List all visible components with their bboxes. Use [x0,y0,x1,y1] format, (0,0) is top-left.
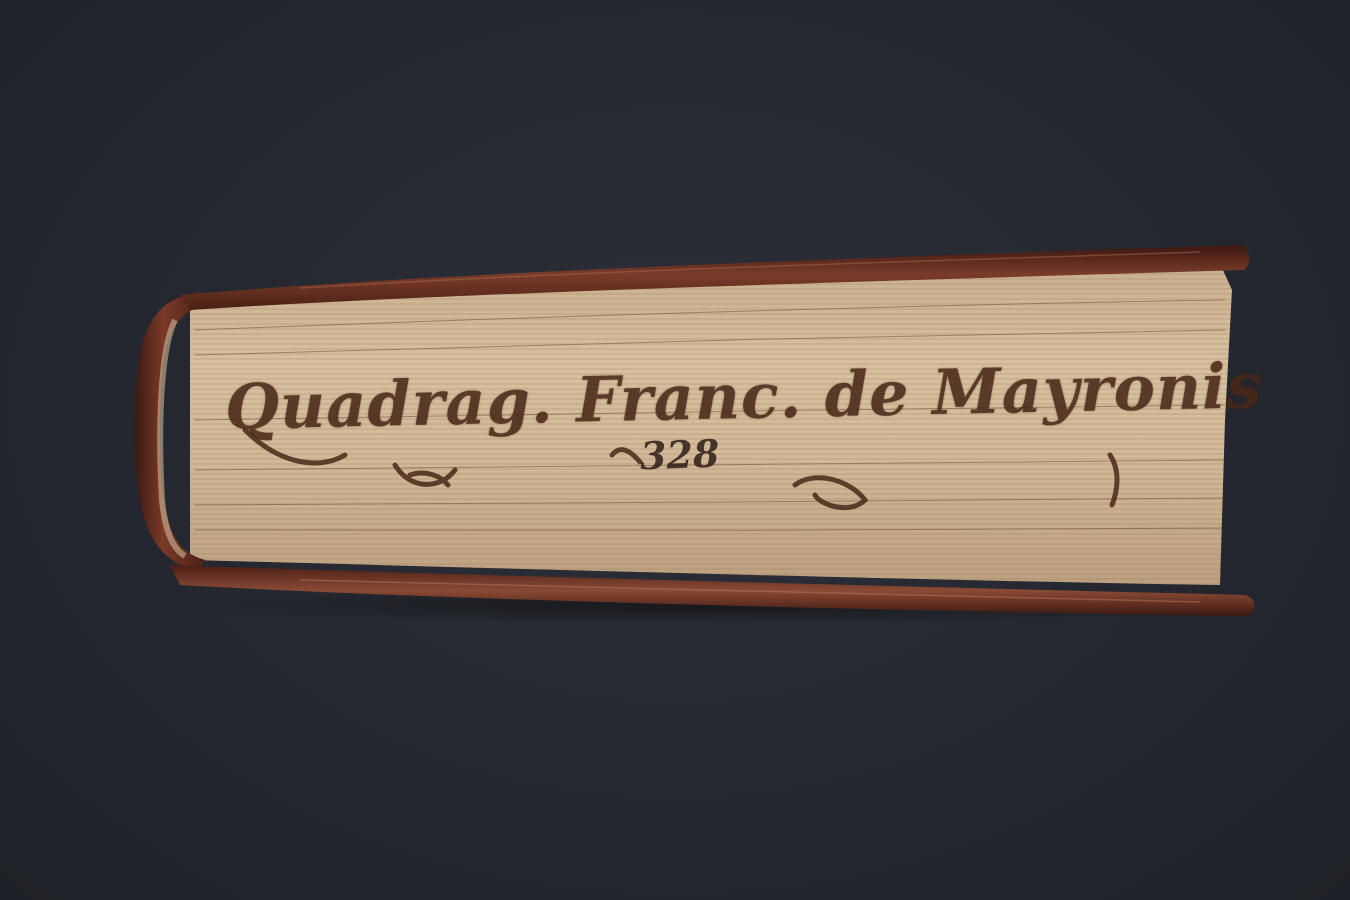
photo-scene: Quadrag. Franc. de Mayronis 328 [0,0,1350,900]
fore-edge-shelfmark: 328 [639,431,720,479]
